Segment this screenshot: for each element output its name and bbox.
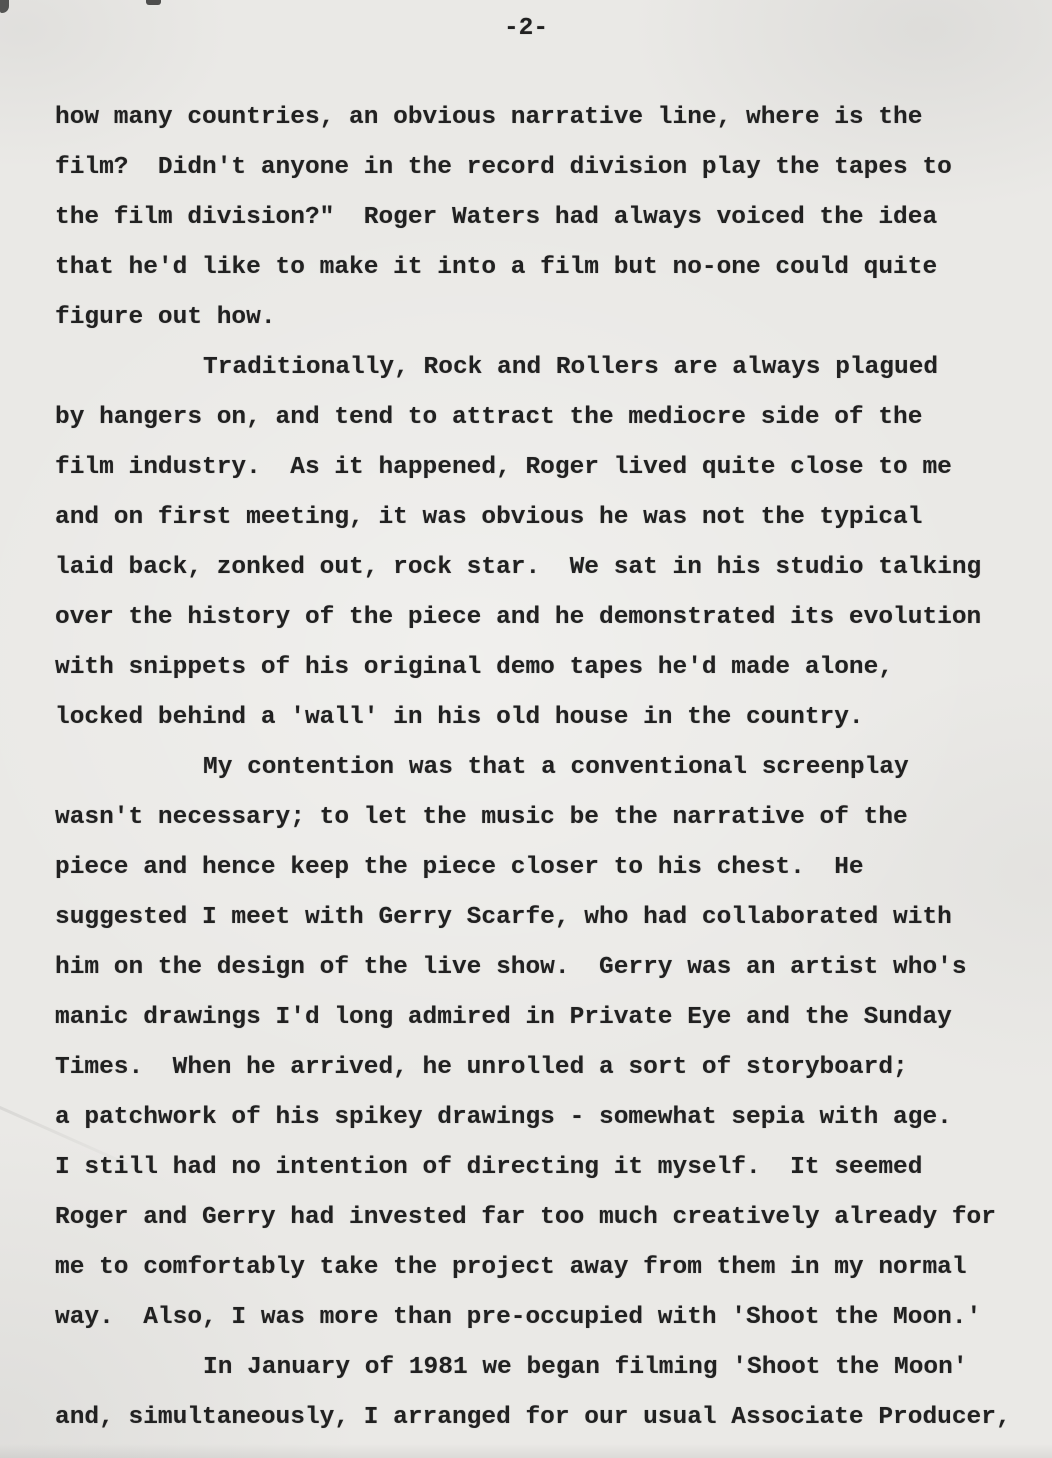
text-line: laid back, zonked out, rock star. We sat… <box>55 543 1040 593</box>
text-line: by hangers on, and tend to attract the m… <box>55 393 1040 443</box>
text-line: the film division?" Roger Waters had alw… <box>55 193 1040 243</box>
text-line: In January of 1981 we began filming 'Sho… <box>55 1343 1040 1393</box>
paper-edge-shadow <box>0 1444 1052 1458</box>
text-line: and, simultaneously, I arranged for our … <box>55 1393 1040 1443</box>
text-line: figure out how. <box>55 293 1040 343</box>
text-line: My contention was that a conventional sc… <box>55 743 1040 793</box>
page-number: -2- <box>0 4 1052 54</box>
text-line: over the history of the piece and he dem… <box>55 593 1040 643</box>
text-line: film? Didn't anyone in the record divisi… <box>55 143 1040 193</box>
text-line: how many countries, an obvious narrative… <box>55 93 1040 143</box>
text-line: film industry. As it happened, Roger liv… <box>55 443 1040 493</box>
text-line: manic drawings I'd long admired in Priva… <box>55 993 1040 1043</box>
text-line: suggested I meet with Gerry Scarfe, who … <box>55 893 1040 943</box>
text-line: a patchwork of his spikey drawings - som… <box>55 1093 1040 1143</box>
text-line: wasn't necessary; to let the music be th… <box>55 793 1040 843</box>
text-line: Traditionally, Rock and Rollers are alwa… <box>55 343 1040 393</box>
text-line: way. Also, I was more than pre-occupied … <box>55 1293 1040 1343</box>
text-line: Times. When he arrived, he unrolled a so… <box>55 1043 1040 1093</box>
text-line: piece and hence keep the piece closer to… <box>55 843 1040 893</box>
text-line: with snippets of his original demo tapes… <box>55 643 1040 693</box>
document-body: how many countries, an obvious narrative… <box>55 93 1040 1443</box>
document-page: -2- how many countries, an obvious narra… <box>0 0 1052 1458</box>
text-line: locked behind a 'wall' in his old house … <box>55 693 1040 743</box>
text-line: him on the design of the live show. Gerr… <box>55 943 1040 993</box>
text-line: that he'd like to make it into a film bu… <box>55 243 1040 293</box>
text-line: me to comfortably take the project away … <box>55 1243 1040 1293</box>
text-line: Roger and Gerry had invested far too muc… <box>55 1193 1040 1243</box>
text-line: and on first meeting, it was obvious he … <box>55 493 1040 543</box>
text-line: I still had no intention of directing it… <box>55 1143 1040 1193</box>
